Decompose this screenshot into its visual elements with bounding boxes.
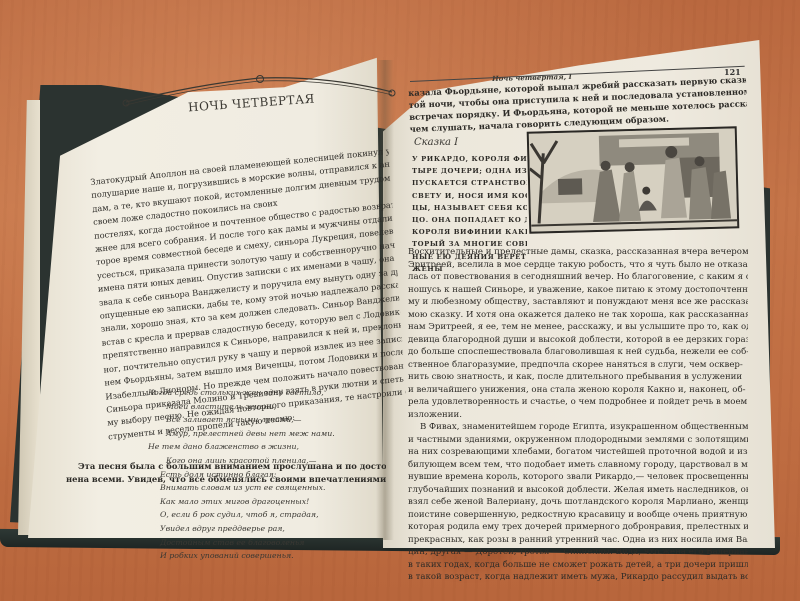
tale-title: Сказка I (414, 137, 458, 148)
text-line: и частными зданиями, окруженном плодород… (408, 434, 748, 447)
text-line: на них созревающими хлебами, богатом чис… (408, 446, 748, 459)
text-line: Восхитительные и прелестные дамы, сказка… (408, 246, 748, 259)
text-line: девица благородной души и высокой доблес… (408, 334, 748, 347)
woodcut-illustration (527, 126, 740, 233)
text-line: глубочайших познаний и высокой доблести.… (408, 484, 748, 497)
summary-line: У РИКАРДО, КОРОЛЯ ФИВ, ЧЕ- (412, 153, 527, 165)
text-line: В Фивах, знаменитейшем городе Египта, из… (408, 421, 748, 434)
text-line: мою сказку. И хотя она окажется далеко н… (408, 309, 748, 322)
verse-line: И робких упований совершенья. (148, 549, 368, 563)
text-line: поистине совершенную, редкостную красави… (408, 509, 748, 522)
text-line: му и любезному обществу, заставляют и по… (408, 296, 748, 309)
text-line: нена всеми. Увидев, что все обменялись с… (66, 473, 386, 486)
summary-line: СВЕТУ И, НОСЯ ИМЯ КОСТАН- (412, 190, 527, 202)
verse-line: Увидел вдруг преддверье рая, (148, 522, 368, 536)
text-line: до больше споспешествовала благоволившая… (408, 346, 748, 359)
text-line: Эритреей, вселила в мое сердце такую роб… (408, 259, 748, 272)
summary-line: ТЫРЕ ДОЧЕРИ; ОДНА ИЗ НИХ (412, 165, 527, 177)
summary-line: ПУСКАЕТСЯ СТРАНСТВОВАТЬ ПО (412, 177, 527, 189)
text-line: билующем всем тем, что подобает иметь сл… (408, 459, 748, 472)
left-page-closing-text: Эта песня была с большим вниманием просл… (66, 460, 386, 486)
summary-line: КОРОЛЯ ВИФИНИИ КАКНО, КО- (412, 226, 527, 238)
verse-line: Моей властитель жизни, (148, 400, 368, 414)
text-line: нувшие времена король, которого звали Ри… (408, 471, 748, 484)
verse-line: Как мало этих мигов драгоценных! (148, 495, 368, 509)
text-line: ношусь к нашей Синьоре, и уважение, како… (408, 284, 748, 297)
summary-line: ЦО. ОНА ПОПАДАЕТ КО ДВОРУ (412, 214, 527, 226)
text-line: в таких годах, когда больше не сможет ро… (408, 559, 748, 572)
text-line: ственное благоразумие, предпочла скорее … (408, 359, 748, 372)
verse-line: О, если б рок судил, чтоб я, страдая, (148, 508, 368, 522)
text-line: цин, другая — Доротеи, третья — Спинеллы… (408, 546, 748, 559)
right-page-main-text: Восхитительные и прелестные дамы, сказка… (408, 246, 748, 584)
text-line: которая родила ему трех дочерей примерно… (408, 521, 748, 534)
text-line: взял себе женой Валериану, дочь шотландс… (408, 496, 748, 509)
text-line: изложении. (408, 409, 748, 422)
text-line: рела удовлетворенность и счастье, о чем … (408, 396, 748, 409)
text-line: лась от повествования в сегодняшний вече… (408, 271, 748, 284)
verse-line: Амур, прелестней девы нет меж нами. (148, 427, 368, 441)
text-line: и величайшего унижения, она стала женою … (408, 384, 748, 397)
text-line: нить свою знатность, и как, после длител… (408, 371, 748, 384)
verse-line: Когда средь стольких жен одно светило, (148, 386, 368, 400)
text-line: прекрасных, как розы в ранний утренний ч… (408, 534, 748, 547)
text-line: нам Эритреей, я ее, тем не менее, расска… (408, 321, 748, 334)
verse-line: Не тем дано блаженство в жизни, (148, 440, 368, 454)
woodcut-scene-icon (529, 128, 737, 231)
text-line: Эта песня была с большим вниманием просл… (66, 460, 386, 473)
verse-line: Все заливает ясными лучами,— (148, 413, 368, 427)
summary-line: ЦЫ, НАЗЫВАЕТ СЕБЯ КОСТАН- (412, 202, 527, 214)
text-line: в такой возраст, когда надлежит иметь му… (408, 571, 748, 584)
verse-line: Достойным став ее благоволенья (148, 536, 368, 550)
